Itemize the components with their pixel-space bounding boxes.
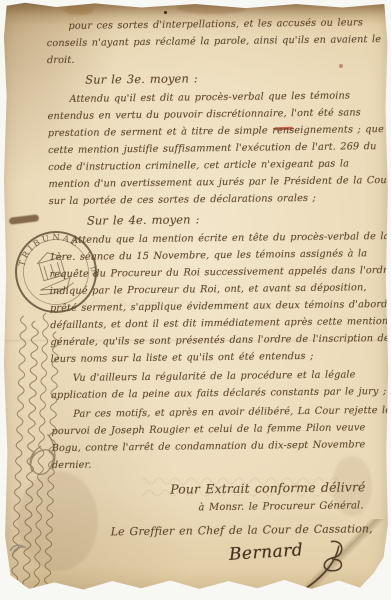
paragraph-rejet-pourvoi: Par ces motifs, et après en avoir délibé… <box>51 402 391 474</box>
signature-block: Bernard <box>229 543 391 600</box>
paragraph-mention-proces-verbal: Attendu que la mention écrite en tête du… <box>49 228 391 368</box>
signature-paraph <box>297 537 358 600</box>
paragraph-regularite-procedure: Vu d'ailleurs la régularité de la procéd… <box>51 366 391 404</box>
manuscript-text-column: pour ces sortes d'interpellations, et le… <box>46 12 391 600</box>
ink-smudge <box>9 214 40 225</box>
ink-spot <box>164 11 167 14</box>
signature-name: Bernard <box>229 542 304 564</box>
paragraph-interpellations: pour ces sortes d'interpellations, et le… <box>46 14 391 69</box>
scanned-document: TRIBUNAL DE <box>0 0 391 600</box>
closing-procureur-general: à Monsr. le Procureur Général. <box>198 497 391 516</box>
heading-quatrieme-moyen: Sur le 4e. moyen : <box>87 209 391 230</box>
paragraph-temoins-discretionnaire: Attendu qu'il est dit au procès-verbal q… <box>47 87 391 210</box>
heading-troisieme-moyen: Sur le 3e. moyen : <box>85 68 391 89</box>
thread-remnant <box>8 541 28 557</box>
paper-sheet: TRIBUNAL DE <box>2 1 389 596</box>
closing-pour-extrait: Pour Extrait conforme délivré <box>170 478 391 498</box>
